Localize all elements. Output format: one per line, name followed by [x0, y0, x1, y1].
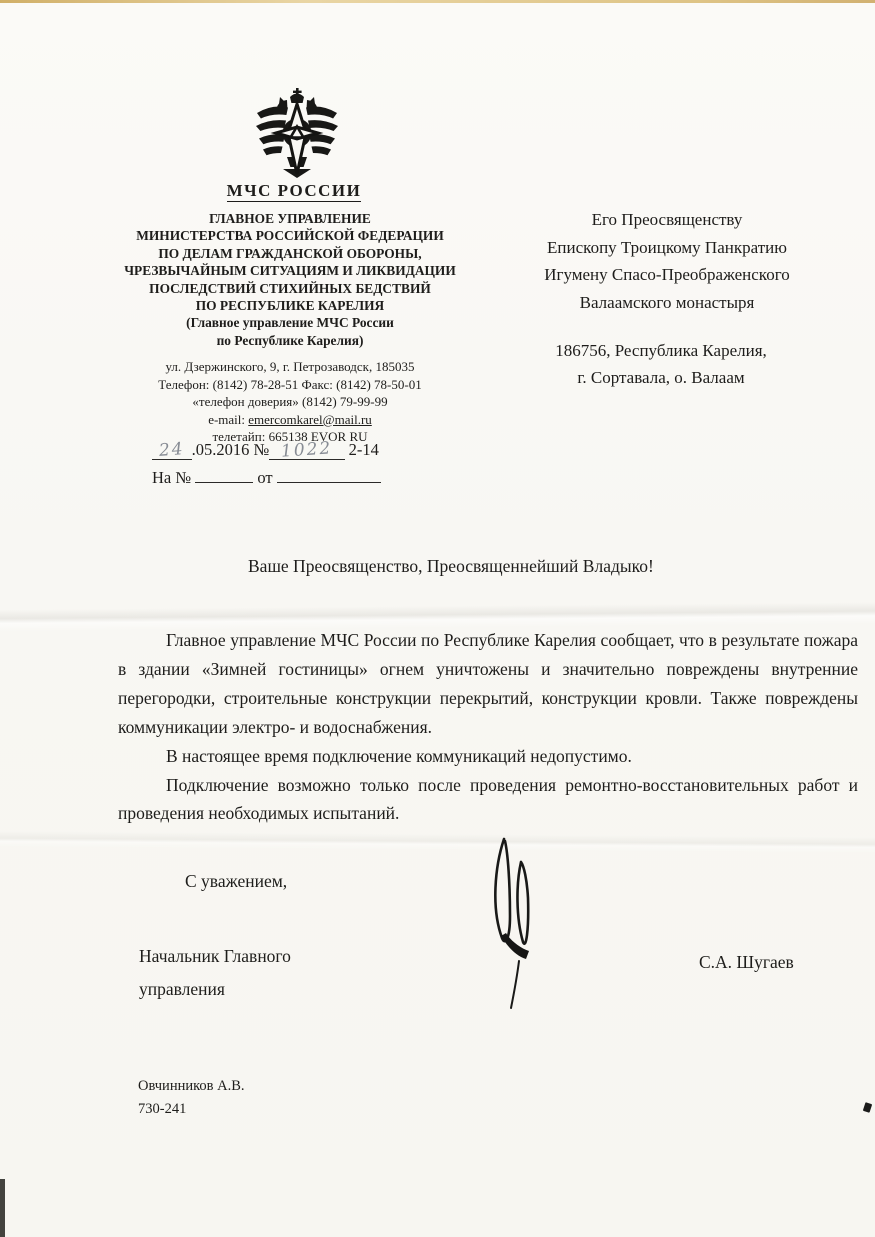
recipient-line: Игумену Спасо-Преображенского	[478, 261, 856, 289]
signer-title: Начальник Главного управления	[139, 940, 399, 1006]
org-name-line: ПО РЕСПУБЛИКЕ КАРЕЛИЯ	[98, 297, 482, 314]
recipient-address-block: 186756, Республика Карелия, г. Сортавала…	[472, 337, 850, 391]
email-label: e-mail:	[208, 412, 248, 427]
body-paragraph: Главное управление МЧС России по Республ…	[118, 626, 858, 742]
reply-date-blank	[277, 467, 381, 483]
reply-number-blank	[195, 467, 253, 483]
contact-block: ул. Дзержинского, 9, г. Петрозаводск, 18…	[98, 358, 482, 446]
body-paragraph: В настоящее время подключение коммуникац…	[118, 742, 858, 771]
outgoing-reference-line: 24.05.2016 №1022 2-14	[152, 440, 379, 460]
reply-label: На №	[152, 468, 191, 487]
org-name-line: МИНИСТЕРСТВА РОССИЙСКОЙ ФЕДЕРАЦИИ	[98, 227, 482, 244]
mchs-eagle-emblem-icon	[253, 86, 341, 180]
outgoing-number-blank: 1022	[269, 441, 344, 460]
org-name-line: ГЛАВНОЕ УПРАВЛЕНИЕ	[98, 210, 482, 227]
handwritten-signature	[476, 832, 540, 1010]
letter-body: Главное управление МЧС России по Республ…	[118, 626, 858, 828]
salutation: Ваше Преосвященство, Преосвященнейший Вл…	[248, 556, 654, 577]
email-address: emercomkarel@mail.ru	[248, 412, 372, 427]
valediction: С уважением,	[185, 871, 287, 892]
body-paragraph: Подключение возможно только после провед…	[118, 771, 858, 829]
email-line: e-mail: emercomkarel@mail.ru	[98, 411, 482, 429]
org-name-line: ПО ДЕЛАМ ГРАЖДАНСКОЙ ОБОРОНЫ,	[98, 245, 482, 262]
date-suffix: .05.2016 №	[192, 440, 270, 459]
signer-title-line: Начальник Главного	[139, 940, 399, 973]
scan-corner-artifact	[0, 1179, 5, 1237]
recipient-address-line: 186756, Республика Карелия,	[472, 337, 850, 364]
hotline-line: «телефон доверия» (8142) 79-99-99	[98, 393, 482, 411]
reply-from-label: от	[257, 468, 272, 487]
number-suffix: 2-14	[345, 440, 379, 459]
incoming-reference-line: На № от	[152, 467, 381, 488]
scan-top-edge-artifact	[0, 0, 875, 3]
recipient-line: Епископу Троицкому Панкратию	[478, 234, 856, 262]
org-name-line: по Республике Карелия)	[98, 332, 482, 349]
scanned-letter-page: МЧС РОССИИ ГЛАВНОЕ УПРАВЛЕНИЕ МИНИСТЕРСТ…	[0, 0, 875, 1237]
recipient-line: Валаамского монастыря	[478, 289, 856, 317]
org-name-line: (Главное управление МЧС России	[98, 314, 482, 331]
scan-ink-artifact	[863, 1102, 872, 1113]
phone-fax-line: Телефон: (8142) 78-28-51 Факс: (8142) 78…	[98, 376, 482, 394]
paper-crease	[0, 831, 875, 853]
recipient-address-line: г. Сортавала, о. Валаам	[472, 364, 850, 391]
org-name-block: ГЛАВНОЕ УПРАВЛЕНИЕ МИНИСТЕРСТВА РОССИЙСК…	[98, 210, 482, 349]
executor-name: Овчинников А.В.	[138, 1075, 245, 1098]
recipient-line: Его Преосвященству	[478, 206, 856, 234]
org-name-line: ЧРЕЗВЫЧАЙНЫМ СИТУАЦИЯМ И ЛИКВИДАЦИИ	[98, 262, 482, 279]
recipient-block: Его Преосвященству Епископу Троицкому Па…	[478, 206, 856, 316]
signer-name: С.А. Шугаев	[699, 952, 794, 973]
signer-title-line: управления	[139, 973, 399, 1006]
handwritten-outgoing-number: 1022	[281, 439, 333, 461]
handwritten-date-day: 24	[158, 440, 185, 460]
executor-phone: 730-241	[138, 1098, 245, 1121]
postal-address-line: ул. Дзержинского, 9, г. Петрозаводск, 18…	[98, 358, 482, 376]
agency-title: МЧС РОССИИ	[104, 181, 484, 201]
date-day-blank: 24	[152, 441, 192, 460]
org-name-line: ПОСЛЕДСТВИЙ СТИХИЙНЫХ БЕДСТВИЙ	[98, 280, 482, 297]
executor-block: Овчинников А.В. 730-241	[138, 1075, 245, 1121]
agency-title-text: МЧС РОССИИ	[227, 181, 362, 202]
